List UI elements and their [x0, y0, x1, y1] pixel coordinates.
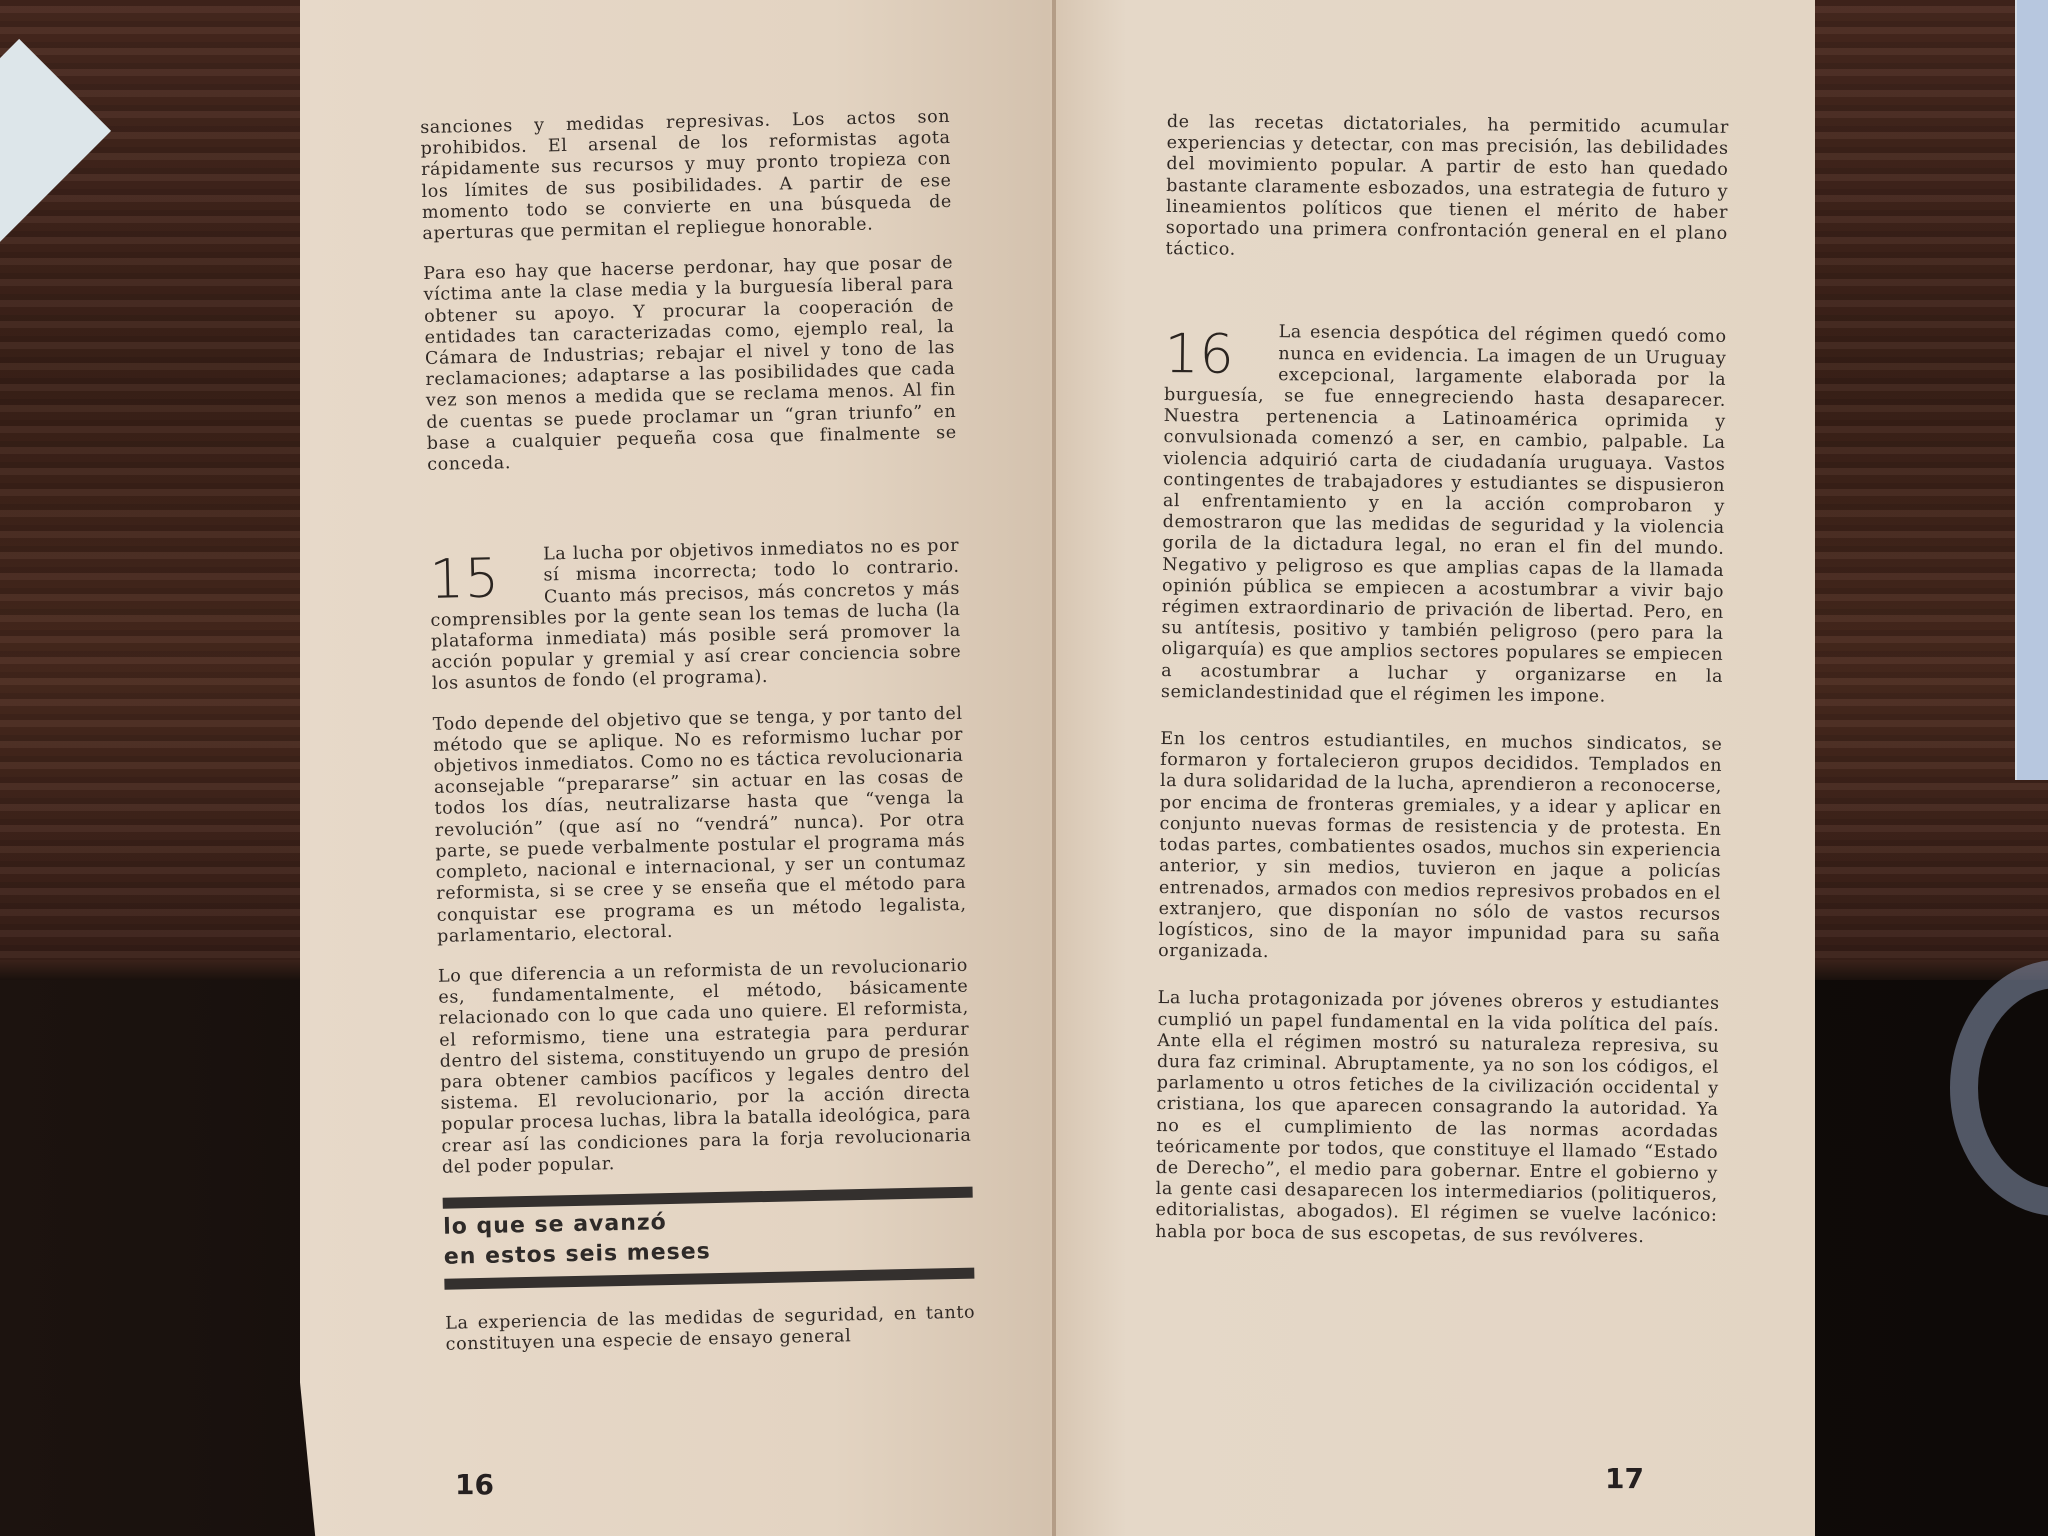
paragraph: Todo depende del objetivo que se tenga, … [432, 703, 967, 947]
section-heading: lo que se avanzó en estos seis meses [443, 1187, 975, 1290]
paragraph: sanciones y medidas represivas. Los acto… [420, 107, 953, 245]
blue-card-edge [2015, 0, 2048, 780]
paragraph: de las recetas dictatoriales, ha permiti… [1165, 112, 1729, 266]
section-number: 15 [429, 552, 500, 607]
section-number: 16 [1164, 327, 1234, 382]
paragraph: La esencia despótica del régimen quedó c… [1161, 321, 1727, 709]
left-page: sanciones y medidas represivas. Los acto… [300, 0, 1060, 1536]
page-number: 16 [455, 1468, 494, 1501]
right-page-text: de las recetas dictatoriales, ha permiti… [1155, 112, 1729, 1268]
paragraph: Para eso hay que hacerse perdonar, hay q… [423, 253, 957, 476]
book-spine [1052, 0, 1056, 1536]
section-15: 15 La lucha por objetivos inmediatos no … [429, 536, 972, 1179]
paragraph: Lo que diferencia a un reformista de un … [438, 956, 972, 1179]
left-page-text: sanciones y medidas represivas. Los acto… [420, 107, 976, 1375]
right-page: de las recetas dictatoriales, ha permiti… [1050, 0, 1815, 1536]
paragraph: La lucha por objetivos inmediatos no es … [429, 536, 962, 695]
paragraph: La lucha protagonizada por jóvenes obrer… [1155, 988, 1720, 1248]
page-number: 17 [1605, 1462, 1644, 1495]
paragraph: En los centros estudiantiles, en muchos … [1158, 729, 1722, 968]
paragraph: La experiencia de las medidas de segurid… [445, 1303, 976, 1356]
section-16: 16 La esencia despótica del régimen qued… [1155, 321, 1727, 1248]
